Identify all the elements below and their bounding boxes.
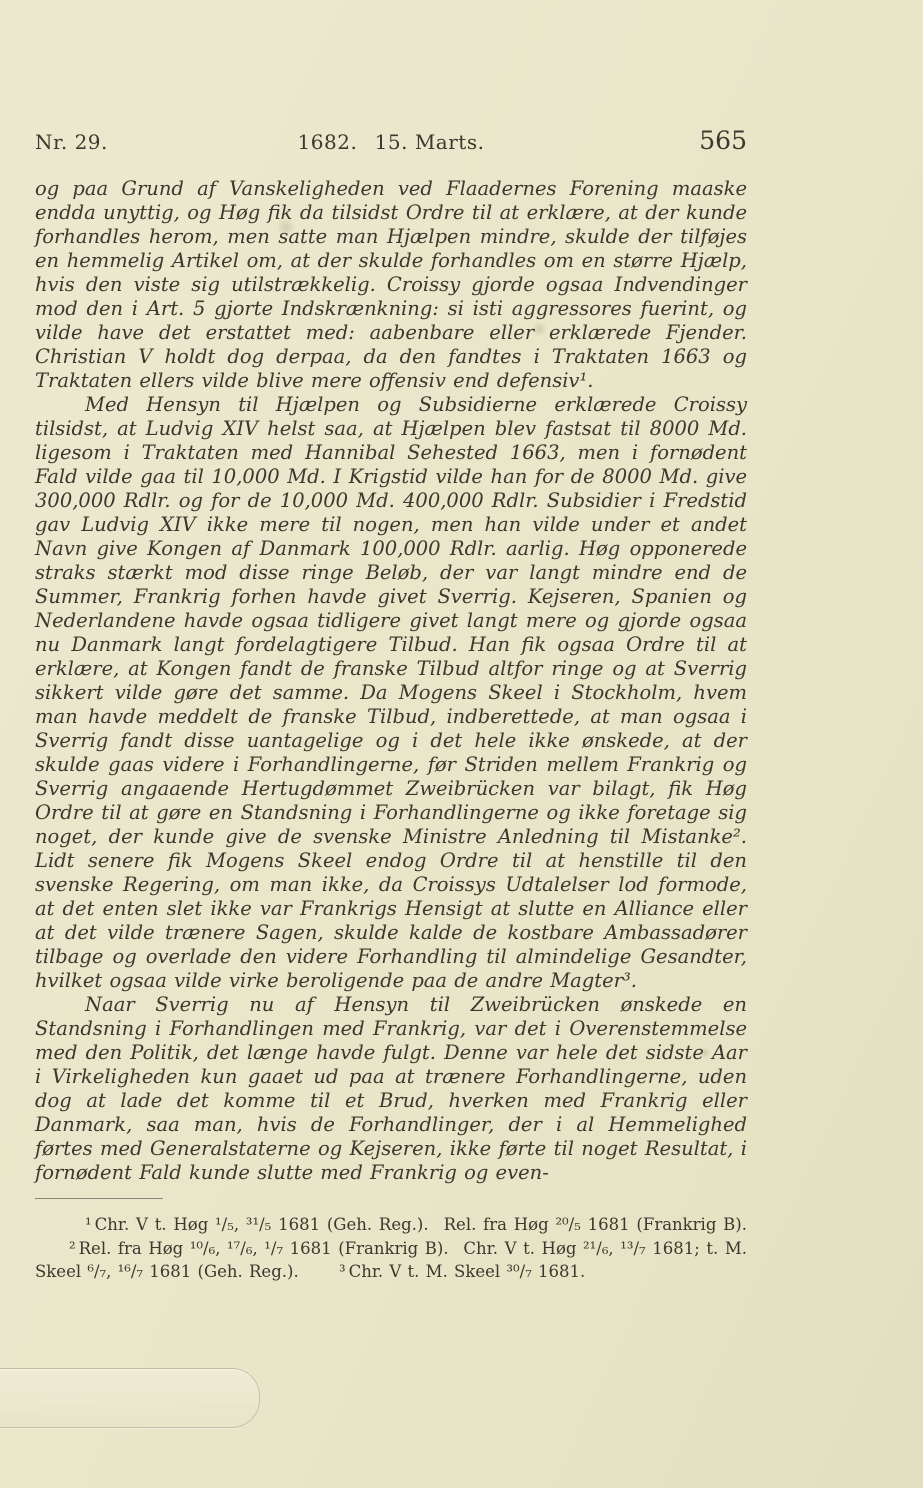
paragraph: Med Hensyn til Hjælpen og Subsidierne er… xyxy=(35,393,747,993)
footnote-marker: ² xyxy=(69,1239,76,1258)
page-header: Nr. 29. 1682. 15. Marts. 565 xyxy=(35,126,747,155)
date-heading: 1682. 15. Marts. xyxy=(195,130,587,154)
page-number: 565 xyxy=(587,126,747,155)
paper-emboss-mark xyxy=(0,1368,260,1428)
paper-speckle xyxy=(700,1046,710,1059)
footnote-text: Chr. V t. Høg ¹/₅, ³¹/₅ 1681 (Geh. Reg.)… xyxy=(95,1215,747,1234)
footnote-marker: ³ xyxy=(339,1262,346,1281)
paragraph: Naar Sverrig nu af Hensyn til Zweibrücke… xyxy=(35,993,747,1185)
footnote-text: Chr. V t. M. Skeel ³⁰/₇ 1681. xyxy=(349,1262,586,1281)
paper-speckle xyxy=(278,216,294,238)
footnote-separator-rule xyxy=(35,1198,163,1199)
main-text: og paa Grund af Vanskeligheden ved Flaad… xyxy=(35,177,747,1185)
document-number: Nr. 29. xyxy=(35,130,195,154)
paragraph-continuation: og paa Grund af Vanskeligheden ved Flaad… xyxy=(35,177,747,393)
footnotes: ¹Chr. V t. Høg ¹/₅, ³¹/₅ 1681 (Geh. Reg.… xyxy=(35,1213,747,1284)
paper-speckle xyxy=(533,320,546,338)
book-page: Nr. 29. 1682. 15. Marts. 565 og paa Grun… xyxy=(0,0,923,1488)
footnote-marker: ¹ xyxy=(85,1215,92,1234)
